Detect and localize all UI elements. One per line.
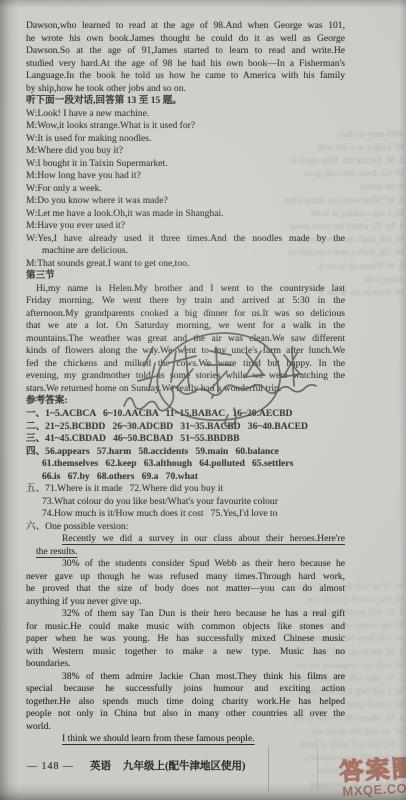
- faint-rule-line: [268, 746, 269, 792]
- text-line: for music.He could make music with commo…: [26, 621, 345, 634]
- text-line: 66.is 67.by 68.others 69.a 70.what: [26, 471, 345, 484]
- text-line: 73.What colour do you like best/What's y…: [26, 496, 345, 509]
- page-number: — 148 —: [27, 761, 74, 772]
- text-line: M:Do you know where it was made?: [26, 195, 345, 208]
- text-line: people not only in China but also in man…: [26, 708, 345, 721]
- text-line: machine are delicious.: [26, 245, 345, 258]
- text-line: afternoon.My grandparents cooked a big d…: [26, 308, 345, 321]
- subject-label: 英语: [90, 758, 111, 773]
- text-line: M:That sounds great.I want to get one,to…: [26, 258, 345, 271]
- faint-rule-line: [317, 748, 318, 790]
- text-line: 32% of them say Tan Dun is their hero be…: [26, 608, 345, 621]
- text-line: world.: [26, 721, 345, 734]
- text-line: he proved that the size of body does not…: [26, 583, 345, 596]
- text-line: W:Look! I have a new machine.: [26, 108, 345, 121]
- text-line: 38% of them admire Jackie Chan most.They…: [26, 671, 345, 684]
- text-line: 四、56.appears 57.harm 58.accidents 59.mai…: [26, 446, 345, 459]
- page-footer: — 148 — 英语 九年级上(配牛津地区使用): [27, 758, 246, 773]
- text-line: W:Let me have a look.Oh,it was made in S…: [26, 208, 345, 221]
- text-line: 五、71.Where is it made 72.Where did you b…: [26, 483, 345, 496]
- text-line: by ship,how he took other jobs and so on…: [26, 83, 345, 96]
- text-line: 听下面一段对话,回答第 13 至 15 题。: [26, 95, 345, 108]
- text-line: Recently we did a survey in our class ab…: [26, 533, 345, 546]
- text-line: M:Wow,it looks strange.What is it used f…: [26, 120, 345, 133]
- text-line: 74.How much is it/How much does it cost …: [26, 508, 345, 521]
- text-line: boundaries.: [26, 658, 345, 671]
- text-line: M:How long have you had it?: [26, 170, 345, 183]
- handwriting-watermark: [116, 320, 321, 430]
- text-line: W:It is used for making noodles.: [26, 133, 345, 146]
- text-line: W:I bought it in Taixin Supermarket.: [26, 158, 345, 171]
- text-line: Dawson,who learned to read at the age of…: [26, 20, 345, 33]
- text-line: W:Yes,I have already used it three times…: [26, 233, 345, 246]
- text-line: M:Where did you buy it?: [26, 145, 345, 158]
- site-stamp-url: MXQE.COM: [340, 781, 406, 799]
- text-line: 61.themselves 62.keep 63.although 64.pol…: [26, 458, 345, 471]
- text-line: never gave up though he was refused many…: [26, 571, 345, 584]
- text-line: with Western music together to make a ne…: [26, 646, 345, 659]
- text-line: Dawson.So at the age of 91,James started…: [26, 45, 345, 58]
- text-line: M:Have you ever used it?: [26, 220, 345, 233]
- text-line: I think we should learn from these famou…: [26, 733, 345, 746]
- text-line: 30% of the students consider Spud Webb a…: [26, 558, 345, 571]
- text-line: 六、One possible version:: [26, 521, 345, 534]
- text-line: 三、41~45.CBDAD 46~50.BCBAD 51~55.BBDBB: [26, 433, 345, 446]
- text-line: the results.: [26, 546, 345, 559]
- text-line: he wrote his own book.James thought he c…: [26, 33, 345, 46]
- edition-label: 九年级上(配牛津地区使用): [123, 758, 246, 773]
- text-line: Language.In the book he told us how he c…: [26, 70, 345, 83]
- text-line: 第三节: [26, 270, 345, 283]
- scanned-answer-page: 4M9 antry n t bat tM: I enjoy m it jub w…: [0, 0, 406, 800]
- text-line: paper when he was young. He has successf…: [26, 633, 345, 646]
- text-line: Hi,my name is Helen.My brother and I wen…: [26, 283, 345, 296]
- text-line: studied very hard.At the age of 98 he ha…: [26, 58, 345, 71]
- text-line: W:For only a week.: [26, 183, 345, 196]
- text-line: special because he successfully joins hu…: [26, 683, 345, 696]
- site-stamp: 答案圈 MXQE.COM: [339, 757, 406, 799]
- text-line: anything if you never give up.: [26, 596, 345, 609]
- text-line: together.He also spends much time doing …: [26, 696, 345, 709]
- text-line: Friday morning. We went there by train a…: [26, 295, 345, 308]
